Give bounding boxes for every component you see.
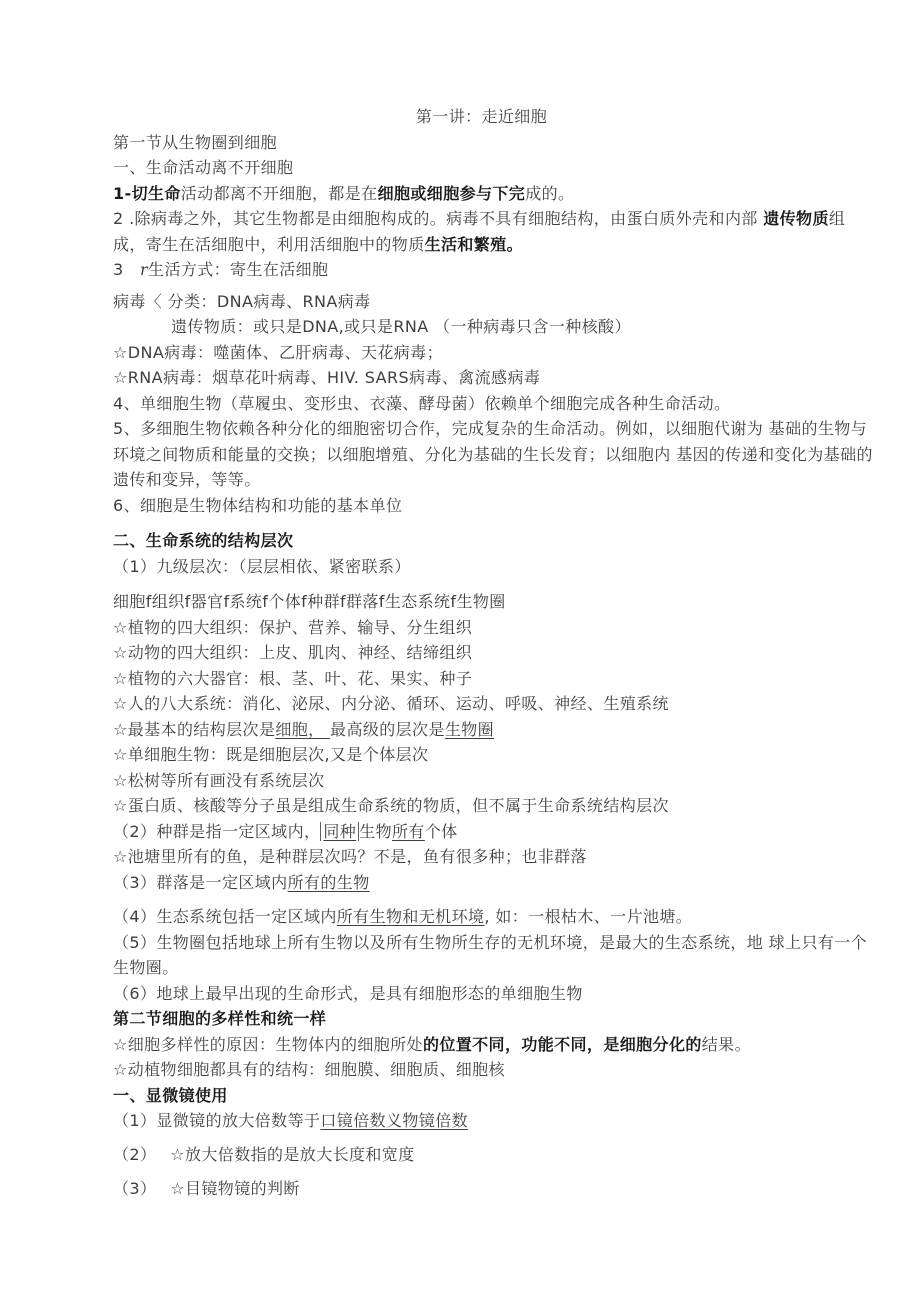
text-run: 1-切生命 (113, 184, 181, 203)
text-run: ☆RNA病毒：烟草花叶病毒、HIV. SARS病毒、禽流感病毒 (113, 368, 540, 387)
text-run: ☆动植物细胞都具有的结构：细胞膜、细胞质、细胞核 (113, 1060, 505, 1079)
text-run: 遗传和变异，等等。 (113, 470, 261, 489)
text-line: ☆池塘里所有的鱼，是种群层次吗？不是，鱼有很多种；也非群落 (113, 844, 850, 870)
text-line: （3） ☆目镜物镜的判断 (113, 1176, 850, 1202)
text-line: ☆动物的四大组织：上皮、肌肉、神经、结缔组织 (113, 640, 850, 666)
text-run: （2） ☆放大倍数指的是放大长度和宽度 (113, 1145, 415, 1164)
text-run: （6）地球上最早出现的生命形式，是具有细胞形态的单细胞生物 (113, 984, 583, 1003)
text-run: （3） ☆目镜物镜的判断 (113, 1179, 300, 1198)
text-run: （4）生态系统包括一定区域内 (113, 907, 337, 926)
text-run: 同种 (320, 822, 359, 841)
text-run: 生活方式：寄生在活细胞 (148, 260, 328, 279)
text-run: ☆人的八大系统：消化、泌尿、内分泌、循环、运动、呼吸、神经、生殖系统 (113, 694, 669, 713)
text-run: 生活和繁殖。 (425, 235, 523, 254)
text-run: （1）显微镜的放大倍数等于 (113, 1111, 320, 1130)
document-lines: 第一节从生物圈到细胞一、生命活动离不开细胞1-切生命活动都离不开细胞，都是在细胞… (113, 130, 850, 1202)
text-run: （2）种群是指一定区域内， (113, 822, 320, 841)
text-line: ☆蛋白质、核酸等分子虽是组成生命系统的物质，但不属于生命系统结构层次 (113, 793, 850, 819)
text-run: 组 (829, 209, 845, 228)
text-run: 细胞， (275, 720, 330, 739)
text-run: 4、单细胞生物（草履虫、变形虫、衣藻、酵母菌）依赖单个细胞完成各种生命活动。 (113, 394, 730, 413)
text-run: 6、细胞是生物体结构和功能的基本单位 (113, 496, 402, 515)
text-line: ☆松树等所有画没有系统层次 (113, 768, 850, 794)
text-run: 细胞或细胞参与下完 (378, 184, 526, 203)
text-run: （3）群落是一定区域内 (113, 873, 288, 892)
text-line: 细胞f组织f器官f系统f个体f种群f群落f生态系统f生物圈 (113, 589, 850, 615)
text-line: 4、单细胞生物（草履虫、变形虫、衣藻、酵母菌）依赖单个细胞完成各种生命活动。 (113, 391, 850, 417)
text-run: 成，寄生在活细胞中，利用活细胞中的物质 (113, 235, 425, 254)
text-line: 一、生命活动离不开细胞 (113, 155, 850, 181)
text-run: r (140, 260, 148, 279)
text-line: （5）生物圈包括地球上所有生物以及所有生物所生存的无机环境，是最大的生态系统，地… (113, 930, 850, 956)
text-run: ☆动物的四大组织：上皮、肌肉、神经、结缔组织 (113, 643, 472, 662)
text-run: （5）生物圈包括地球上所有生物以及所有生物所生存的无机环境，是最大的生态系统，地… (113, 933, 867, 952)
text-line: 生物圈。 (113, 955, 850, 981)
text-run: 3 (113, 260, 140, 279)
text-run: 结果。 (702, 1035, 751, 1054)
text-run: 一、生命活动离不开细胞 (113, 158, 293, 177)
text-run: ☆DNA病毒：噬菌体、乙肝病毒、天花病毒； (113, 343, 443, 362)
text-line: ☆最基本的结构层次是细胞， 最高级的层次是生物圈 (113, 717, 850, 743)
text-run: 口镜倍数义物镜倍数 (320, 1111, 468, 1130)
text-run: ☆池塘里所有的鱼，是种群层次吗？不是，鱼有很多种；也非群落 (113, 847, 587, 866)
text-run: ☆植物的六大器官：根、茎、叶、花、果实、种子 (113, 669, 472, 688)
text-run: 最高级的层次是 (330, 720, 445, 739)
text-run: 细胞f组织f器官f系统f个体f种群f群落f生态系统f生物圈 (113, 592, 506, 611)
text-line: 第二节细胞的多样性和统一样 (113, 1006, 850, 1032)
text-run: ☆蛋白质、核酸等分子虽是组成生命系统的物质，但不属于生命系统结构层次 (113, 796, 669, 815)
text-line: 一、显微镜使用 (113, 1083, 850, 1109)
text-run: 生物圈 (445, 720, 494, 739)
text-run: ☆松树等所有画没有系统层次 (113, 771, 325, 790)
text-line: （6）地球上最早出现的生命形式，是具有细胞形态的单细胞生物 (113, 981, 850, 1007)
document-body: 第一讲：走近细胞 第一节从生物圈到细胞一、生命活动离不开细胞1-切生命活动都离不… (113, 104, 850, 1202)
text-run: 生物 (359, 822, 392, 841)
text-line: （1）九级层次：（层层相依、紧密联系） (113, 554, 850, 580)
text-line: （2）种群是指一定区域内，同种生物所有个体 (113, 819, 850, 845)
text-run: 所有的生物 (288, 873, 370, 892)
text-run: 遗传物质：或只是DNA,或只是RNA （一种病毒只含一种核酸） (171, 317, 631, 336)
text-run: 一、显微镜使用 (113, 1086, 228, 1105)
text-line: ☆植物的四大组织：保护、营养、输导、分生组织 (113, 615, 850, 641)
text-run: ☆植物的四大组织：保护、营养、输导、分生组织 (113, 618, 472, 637)
text-run: 第一节从生物圈到细胞 (113, 133, 277, 152)
text-run: 所有生物和无机环境 (337, 907, 485, 926)
text-run: 生物圈。 (113, 958, 179, 977)
text-line: 环境之间物质和能量的交换；以细胞增殖、分化为基础的生长发育；以细胞内 基因的传递… (113, 442, 850, 468)
text-run: 的位置不同，功能不同，是细胞分化的 (423, 1035, 702, 1054)
text-run: 环境之间物质和能量的交换；以细胞增殖、分化为基础的生长发育；以细胞内 基因的传递… (113, 445, 873, 464)
text-run: ☆细胞多样性的原因：生物体内的细胞所处 (113, 1035, 423, 1054)
text-line: ☆人的八大系统：消化、泌尿、内分泌、循环、运动、呼吸、神经、生殖系统 (113, 691, 850, 717)
text-run: ☆最基本的结构层次是 (113, 720, 275, 739)
text-line: ☆植物的六大器官：根、茎、叶、花、果实、种子 (113, 666, 850, 692)
text-line: （2） ☆放大倍数指的是放大长度和宽度 (113, 1142, 850, 1168)
text-line: 遗传和变异，等等。 (113, 467, 850, 493)
text-run: 活动都离不开细胞，都是在 (181, 184, 378, 203)
text-run: 成的。 (525, 184, 574, 203)
text-run: ☆单细胞生物：既是细胞层次,又是个体层次 (113, 745, 428, 764)
text-line: ☆动植物细胞都具有的结构：细胞膜、细胞质、细胞核 (113, 1057, 850, 1083)
text-line: 5、多细胞生物依赖各种分化的细胞密切合作，完成复杂的生命活动。例如，以细胞代谢为… (113, 416, 850, 442)
text-run: （1）九级层次：（层层相依、紧密联系） (113, 557, 411, 576)
text-line: 1-切生命活动都离不开细胞，都是在细胞或细胞参与下完成的。 (113, 181, 850, 207)
document-page: 第一讲：走近细胞 第一节从生物圈到细胞一、生命活动离不开细胞1-切生命活动都离不… (0, 0, 920, 1302)
text-run: 5、多细胞生物依赖各种分化的细胞密切合作，完成复杂的生命活动。例如，以细胞代谢为… (113, 419, 867, 438)
text-line: 6、细胞是生物体结构和功能的基本单位 (113, 493, 850, 519)
text-line: 遗传物质：或只是DNA,或只是RNA （一种病毒只含一种核酸） (113, 314, 850, 340)
text-line: ☆细胞多样性的原因：生物体内的细胞所处的位置不同，功能不同，是细胞分化的结果。 (113, 1032, 850, 1058)
text-run: 2 .除病毒之外，其它生物都是由细胞构成的。病毒不具有细胞结构，由蛋白质外壳和内… (113, 209, 763, 228)
text-line: ☆RNA病毒：烟草花叶病毒、HIV. SARS病毒、禽流感病毒 (113, 365, 850, 391)
text-run: , 如：一根枯木、一片池塘。 (484, 907, 692, 926)
text-line: ☆DNA病毒：噬菌体、乙肝病毒、天花病毒； (113, 340, 850, 366)
text-run: 遗传物质 (763, 209, 829, 228)
text-line: （3）群落是一定区域内所有的生物 (113, 870, 850, 896)
text-line: 3 r生活方式：寄生在活细胞 (113, 257, 850, 283)
text-run: 个体 (425, 822, 458, 841)
text-line: （1）显微镜的放大倍数等于口镜倍数义物镜倍数 (113, 1108, 850, 1134)
text-run: 第二节细胞的多样性和统一样 (113, 1009, 326, 1028)
text-run: 所有 (392, 822, 425, 841)
document-title: 第一讲：走近细胞 (113, 104, 850, 130)
text-run: 病毒〈 分类：DNA病毒、RNA病毒 (113, 292, 371, 311)
text-line: 成，寄生在活细胞中，利用活细胞中的物质生活和繁殖。 (113, 232, 850, 258)
text-run: 二、生命系统的结构层次 (113, 531, 293, 550)
text-line: 第一节从生物圈到细胞 (113, 130, 850, 156)
text-line: ☆单细胞生物：既是细胞层次,又是个体层次 (113, 742, 850, 768)
text-line: （4）生态系统包括一定区域内所有生物和无机环境, 如：一根枯木、一片池塘。 (113, 904, 850, 930)
text-line: 二、生命系统的结构层次 (113, 528, 850, 554)
text-line: 2 .除病毒之外，其它生物都是由细胞构成的。病毒不具有细胞结构，由蛋白质外壳和内… (113, 206, 850, 232)
text-line: 病毒〈 分类：DNA病毒、RNA病毒 (113, 289, 850, 315)
